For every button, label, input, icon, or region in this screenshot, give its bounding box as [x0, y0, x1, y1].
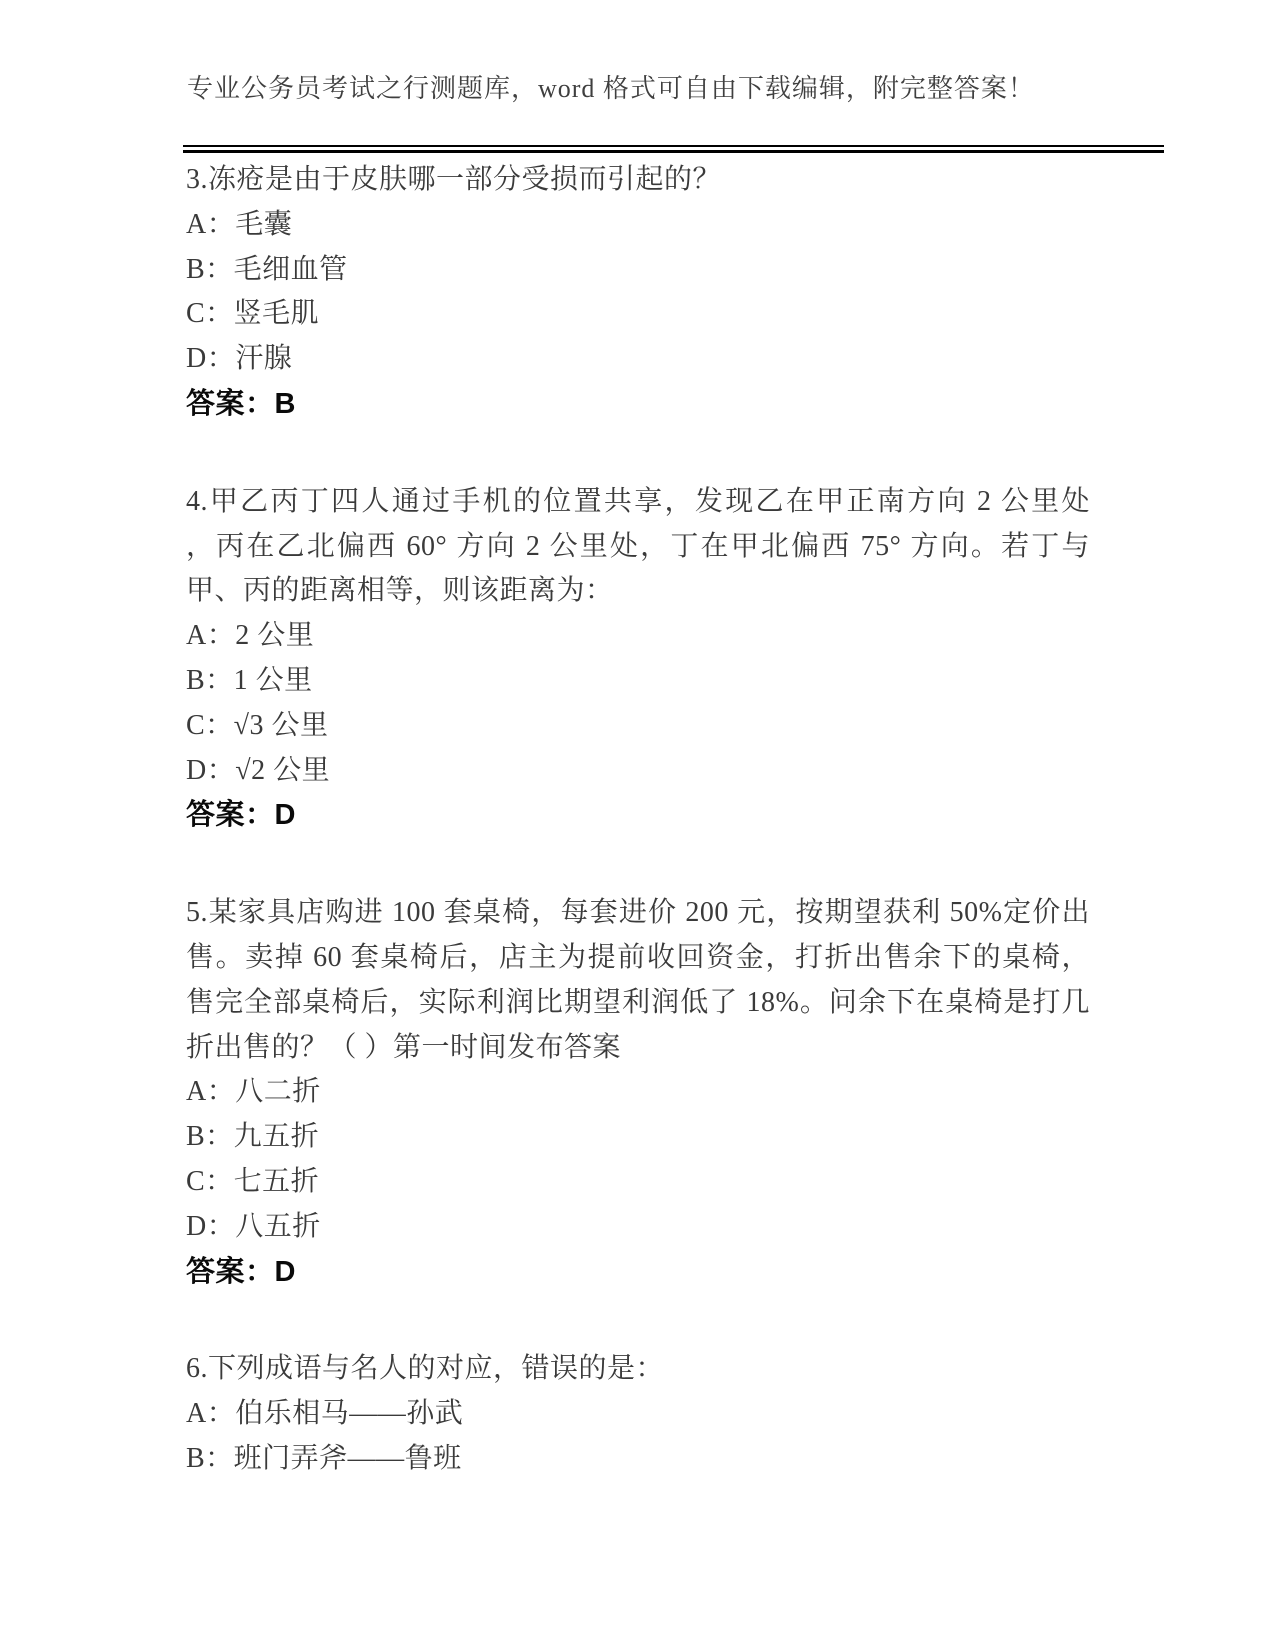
question-text-line: 售。卖掉 60 套桌椅后，店主为提前收回资金，打折出售余下的桌椅，: [186, 936, 1090, 981]
document-header: 专业公务员考试之行测题库，word 格式可自由下载编辑，附完整答案！: [187, 74, 1092, 104]
option-line: B：九五折: [186, 1115, 1090, 1160]
question-text-line: ，丙在乙北偏西 60° 方向 2 公里处，丁在甲北偏西 75° 方向。若丁与: [186, 525, 1090, 570]
question-text-line: 售完全部桌椅后，实际利润比期望利润低了 18%。问余下在桌椅是打几: [186, 981, 1090, 1026]
question-text-line: 4.甲乙丙丁四人通过手机的位置共享，发现乙在甲正南方向 2 公里处: [186, 480, 1090, 525]
option-line: A：2 公里: [186, 614, 1090, 659]
option-line: C：竖毛肌: [186, 292, 1090, 337]
document-page: 专业公务员考试之行测题库，word 格式可自由下载编辑，附完整答案！ 3.冻疮是…: [0, 0, 1275, 1650]
option-line: B：1 公里: [186, 659, 1090, 704]
option-line: D：汗腺: [186, 337, 1090, 382]
question-block-5: 5.某家具店购进 100 套桌椅，每套进价 200 元，按期望获利 50%定价出…: [186, 891, 1090, 1294]
question-text-line: 6.下列成语与名人的对应，错误的是：: [186, 1347, 1090, 1392]
document-body: 3.冻疮是由于皮肤哪一部分受损而引起的？ A：毛囊 B：毛细血管 C：竖毛肌 D…: [186, 158, 1090, 1482]
option-line: A：伯乐相马——孙武: [186, 1392, 1090, 1437]
option-line: D：八五折: [186, 1205, 1090, 1250]
question-text-line: 5.某家具店购进 100 套桌椅，每套进价 200 元，按期望获利 50%定价出: [186, 891, 1090, 936]
header-divider-rule: [183, 145, 1164, 153]
option-line: B：班门弄斧——鲁班: [186, 1437, 1090, 1482]
answer-line: 答案：D: [186, 1250, 1090, 1295]
option-line: C：七五折: [186, 1160, 1090, 1205]
option-line: A：八二折: [186, 1070, 1090, 1115]
question-block-3: 3.冻疮是由于皮肤哪一部分受损而引起的？ A：毛囊 B：毛细血管 C：竖毛肌 D…: [186, 158, 1090, 427]
answer-line: 答案：B: [186, 382, 1090, 427]
question-text-line: 折出售的？（ ）第一时间发布答案: [186, 1026, 1090, 1071]
question-block-6: 6.下列成语与名人的对应，错误的是： A：伯乐相马——孙武 B：班门弄斧——鲁班: [186, 1347, 1090, 1481]
option-line: A：毛囊: [186, 203, 1090, 248]
answer-line: 答案：D: [186, 793, 1090, 838]
option-line: C：√3 公里: [186, 704, 1090, 749]
question-text-line: 3.冻疮是由于皮肤哪一部分受损而引起的？: [186, 158, 1090, 203]
option-line: D：√2 公里: [186, 749, 1090, 794]
question-block-4: 4.甲乙丙丁四人通过手机的位置共享，发现乙在甲正南方向 2 公里处 ，丙在乙北偏…: [186, 480, 1090, 838]
option-line: B：毛细血管: [186, 248, 1090, 293]
question-text-line: 甲、丙的距离相等，则该距离为：: [186, 569, 1090, 614]
